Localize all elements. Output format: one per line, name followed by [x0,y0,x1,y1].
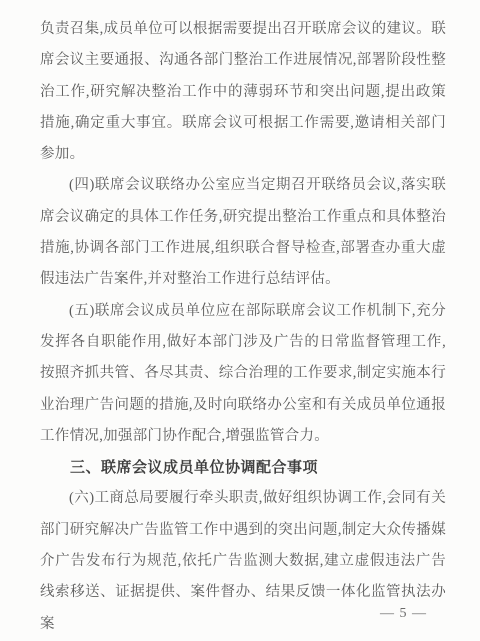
paragraph-continuation: 负责召集,成员单位可以根据需要提出召开联席会议的建议。联席会议主要通报、沟通各部… [40,14,446,170]
section-heading: 三、联席会议成员单位协调配合事项 [40,452,446,483]
page-number: — 5 — [380,606,427,622]
paragraph-item-5: (五)联席会议成员单位应在部际联席会议工作机制下,充分发挥各自职能作用,做好本部… [40,296,446,452]
paragraph-item-4: (四)联席会议联络办公室应当定期召开联络员会议,落实联席会议确定的具体工作任务,… [40,170,446,295]
document-body: 负责召集,成员单位可以根据需要提出召开联席会议的建议。联席会议主要通报、沟通各部… [40,14,446,640]
document-page: 负责召集,成员单位可以根据需要提出召开联席会议的建议。联席会议主要通报、沟通各部… [0,0,480,641]
